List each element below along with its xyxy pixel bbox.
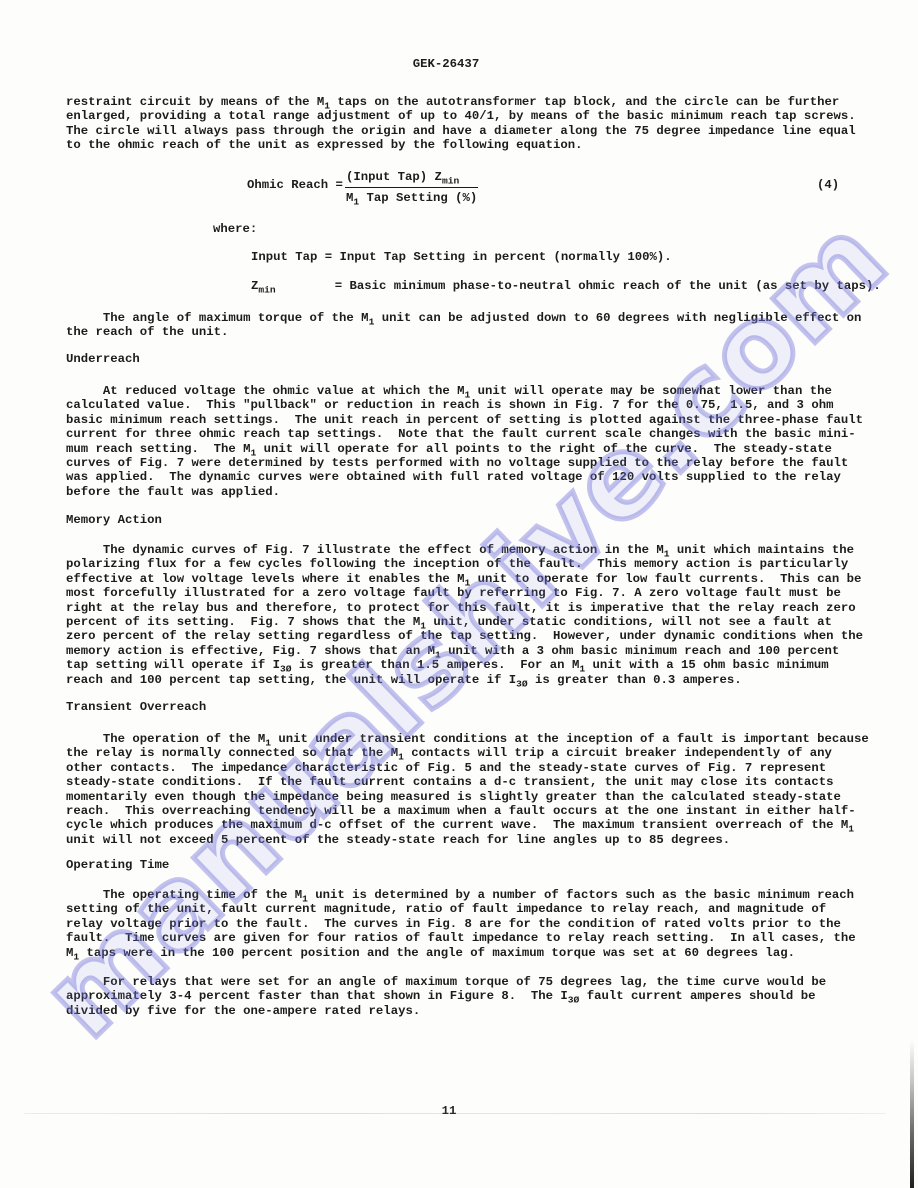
text-line: unit will not exceed 5 percent of the st… <box>66 833 869 847</box>
text-line: At reduced voltage the ohmic value at wh… <box>66 384 863 398</box>
text-line: was applied. The dynamic curves were obt… <box>66 470 863 484</box>
equation-lhs: Ohmic Reach = <box>247 178 343 192</box>
section-heading-memory-action: Memory Action <box>66 513 162 527</box>
equation-denominator: M1 Tap Setting (%) <box>345 188 478 205</box>
text-line: the relay is normally connected so that … <box>66 746 869 760</box>
subscript: 1 <box>353 196 359 207</box>
text-line: calculated value. This "pullback" or red… <box>66 398 863 412</box>
text-line: The operation of the M1 unit under trans… <box>66 732 869 746</box>
text-line: effective at low voltage levels where it… <box>66 572 863 586</box>
text-line: The circle will always pass through the … <box>66 124 856 138</box>
subscript: 1 <box>848 824 854 835</box>
subscript: min <box>258 285 275 296</box>
text-line: steady-state conditions. If the fault cu… <box>66 775 869 789</box>
definition-zmin: Zmin = Basic minimum phase-to-neutral oh… <box>251 279 881 293</box>
text-line: approximately 3-4 percent faster than th… <box>66 989 826 1003</box>
subscript: 1 <box>73 951 79 962</box>
text-line: relay voltage prior to the fault. The cu… <box>66 917 856 931</box>
text-line: other contacts. The impedance characteri… <box>66 761 869 775</box>
subscript: 3Ø <box>516 678 528 689</box>
text-line: enlarged, providing a total range adjust… <box>66 109 856 123</box>
text-line: memory action is effective, Fig. 7 shows… <box>66 644 863 658</box>
text-line: M1 taps were in the 100 percent position… <box>66 946 856 960</box>
text-line: setting of the unit, fault current magni… <box>66 902 856 916</box>
section-paragraph-operating-time-1: The operating time of the M1 unit is det… <box>66 888 856 960</box>
equation-numerator: (Input Tap) Zmin <box>345 170 478 188</box>
equation-number: (4) <box>817 178 839 192</box>
text-line: divided by five for the one-ampere rated… <box>66 1004 826 1018</box>
equation-fraction: (Input Tap) Zmin M1 Tap Setting (%) <box>345 170 478 205</box>
intro-paragraph: restraint circuit by means of the M1 tap… <box>66 95 856 153</box>
text-line: the reach of the unit. <box>66 325 861 339</box>
text-line: The dynamic curves of Fig. 7 illustrate … <box>66 543 863 557</box>
section-heading-underreach: Underreach <box>66 352 140 366</box>
text-line: The operating time of the M1 unit is det… <box>66 888 856 902</box>
section-paragraph-underreach: At reduced voltage the ohmic value at wh… <box>66 384 863 499</box>
text-line: restraint circuit by means of the M1 tap… <box>66 95 856 109</box>
text-line: before the fault was applied. <box>66 485 863 499</box>
scan-edge-artifact <box>910 1040 914 1188</box>
text-line: current for three ohmic reach tap settin… <box>66 427 863 441</box>
text-line: cycle which produces the maximum d-c off… <box>66 818 869 832</box>
doc-code: GEK-26437 <box>0 57 892 71</box>
text-line: tap setting will operate if I3Ø is great… <box>66 658 863 672</box>
subscript: 3Ø <box>568 995 580 1006</box>
text-line: The angle of maximum torque of the M1 un… <box>66 311 861 325</box>
section-paragraph-operating-time-2: For relays that were set for an angle of… <box>66 975 826 1018</box>
section-paragraph-memory-action: The dynamic curves of Fig. 7 illustrate … <box>66 543 863 687</box>
text-line: right at the relay bus and therefore, to… <box>66 601 863 615</box>
angle-of-maximum-torque-note: The angle of maximum torque of the M1 un… <box>66 311 861 340</box>
text-line: For relays that were set for an angle of… <box>66 975 826 989</box>
section-heading-operating-time: Operating Time <box>66 858 169 872</box>
where-label: where: <box>213 222 257 236</box>
text-line: basic minimum reach settings. The unit r… <box>66 413 863 427</box>
text-line: percent of its setting. Fig. 7 shows tha… <box>66 615 863 629</box>
text-line: to the ohmic reach of the unit as expres… <box>66 138 856 152</box>
text-line: reach and 100 percent tap setting, the u… <box>66 673 863 687</box>
page: GEK-26437 restraint circuit by means of … <box>0 0 918 1188</box>
text-line: fault. Time curves are given for four ra… <box>66 931 856 945</box>
definition-input-tap: Input Tap = Input Tap Setting in percent… <box>251 250 881 264</box>
text-line: reach. This overreaching tendency will b… <box>66 804 869 818</box>
text-line: zero percent of the relay setting regard… <box>66 629 863 643</box>
page-number: 11 <box>404 1104 494 1118</box>
subscript: 1 <box>369 317 375 328</box>
subscript: min <box>442 176 459 187</box>
where-definitions: Input Tap = Input Tap Setting in percent… <box>251 250 881 294</box>
text-line: mum reach setting. The M1 unit will oper… <box>66 442 863 456</box>
text-line: curves of Fig. 7 were determined by test… <box>66 456 863 470</box>
text-line: momentarily even though the impedance be… <box>66 790 869 804</box>
section-paragraph-transient-overreach: The operation of the M1 unit under trans… <box>66 732 869 847</box>
text-line: polarizing flux for a few cycles followi… <box>66 557 863 571</box>
text-line: most forcefully illustrated for a zero v… <box>66 586 863 600</box>
section-heading-transient-overreach: Transient Overreach <box>66 700 206 714</box>
